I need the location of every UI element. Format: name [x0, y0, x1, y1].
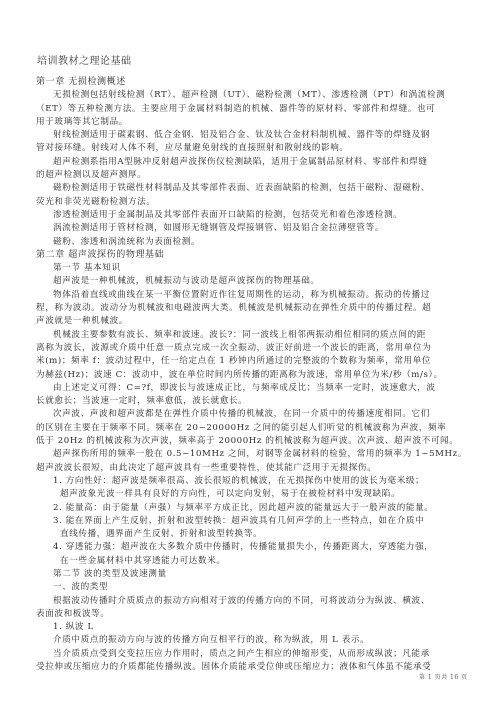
- text-line: 一、波的类型: [36, 581, 460, 594]
- text-line: 4. 穿透能力强：超声波在大多数介质中传播时，传播能量损失小，传播距离大，穿透能…: [36, 541, 460, 554]
- text-line: 超声探伤所用的频率一般在 0.5~10MHz 之间，对钢等金属材料的检验，常用的…: [36, 448, 460, 461]
- text-line: 磁粉、渗透和涡流统称为表面检测。: [36, 236, 460, 249]
- text-line: 表面波和板波等。: [36, 608, 460, 621]
- text-line: 的区别在主要在于频率不同。频率在 20~20000Hz 之间的能引起人们听觉的机…: [36, 422, 460, 435]
- section-heading: 第一章 无损检测概述: [36, 76, 460, 89]
- text-line: 当介质质点受到交变拉压应力作用时，质点之间产生相应的伸缩形变，从而形成纵波；凡能…: [36, 648, 460, 661]
- text-line: 涡流检测适用于管材检测，如圆形无缝钢管及焊接钢管、铝及铝合金拉薄壁管等。: [36, 222, 460, 235]
- document-page: 培训教材之理论基础 第一章 无损检测概述无损检测包括射线检测（RT）、超声检测（…: [0, 0, 496, 702]
- text-line: 1. 方向性好：超声波是频率很高、波长很短的机械波，在无损探伤中使用的波长为毫米…: [36, 475, 460, 488]
- text-line: 为赫兹(Hz)；波速 C：波动中，波在单位时间内所传播的距离称为波速，常用单位为…: [36, 369, 460, 382]
- text-line: 直线传播，遇界面产生反射、折射和波型转换等。: [36, 528, 460, 541]
- text-line: 第二节 波的类型及波速测量: [36, 568, 460, 581]
- text-line: 管对接环缝。射线对人体不利，应尽量避免射线的直接照射和散射线的影响。: [36, 142, 460, 155]
- text-line: 无损检测包括射线检测（RT）、超声检测（UT）、磁粉检测（MT）、渗透检测（PT…: [36, 89, 460, 102]
- text-line: 超声波是一种机械波，机械振动与波动是超声波探伤的物理基础。: [36, 275, 460, 288]
- text-line: 次声波、声波和超声波都是在弹性介质中传播的机械波，在同一介质中的传播速度相同。它…: [36, 408, 460, 421]
- text-line: 机械波主要参数有波长、频率和波速。波长?：同一波线上相邻两振动相位相同的质点间的…: [36, 329, 460, 342]
- document-title: 培训教材之理论基础: [37, 52, 132, 67]
- text-line: 超声波象光波一样具有良好的方向性，可以定向发射，易于在被检材料中发现缺陷。: [36, 488, 460, 501]
- text-line: 受拉伸或压缩应力的介质都能传播纵波。固体介质能承受位伸或压缩应力；液体和气体虽不…: [36, 661, 460, 674]
- page-number: 第 1 页共 16 页: [419, 672, 468, 681]
- text-line: 由上述定义可得：C=?f，即波长与波速成正比，与频率成反比；当频率一定时，波速愈…: [36, 382, 460, 395]
- text-line: 长就愈长；当波速一定时，频率愈低，波长就愈长。: [36, 395, 460, 408]
- text-line: 根据波动传播时介质质点的振动方向相对于波的传播方向的不同，可将波动分为纵波、横波…: [36, 595, 460, 608]
- text-line: 渗透检测适用于金属制品及其零部件表面开口缺陷的检测，包括荧光和着色渗透检测。: [36, 209, 460, 222]
- text-line: 磁粉检测适用于铁磁性材料制品及其零部件表面、近表面缺陷的检测，包括干磁粉、湿磁粉…: [36, 182, 460, 195]
- text-line: 荧光和非荧光磁粉检测方法。: [36, 196, 460, 209]
- text-line: （ET）等五种检测方法。主要应用于金属材料制造的机械、器件等的原材料、零部件和焊…: [36, 103, 460, 116]
- section-heading: 第二章 超声波探伤的物理基础: [36, 249, 460, 262]
- text-line: 物体沿着直线或曲线在某一平衡位置附近作往复周期性的运动，称为机械振动。振动的传播…: [36, 289, 460, 302]
- text-line: 用于玻璃等其它制品。: [36, 116, 460, 129]
- text-line: 第一节 基本知识: [36, 262, 460, 275]
- text-line: 程，称为波动。波动分为机械波和电磁波两大类。机械波是机械振动在弹性介质中的传播过…: [36, 302, 460, 315]
- text-line: 3. 能在界面上产生反射、折射和波型转换：超声波具有几何声学的上一些特点，如在介…: [36, 515, 460, 528]
- document-body: 第一章 无损检测概述无损检测包括射线检测（RT）、超声检测（UT）、磁粉检测（M…: [36, 76, 460, 674]
- text-line: 声波就是一种机械波。: [36, 315, 460, 328]
- text-line: 的超声检测以及超声测厚。: [36, 169, 460, 182]
- text-line: 介质中质点的振动方向与波的传播方向互相平行的波，称为纵波，用 L 表示。: [36, 634, 460, 647]
- text-line: 1. 纵波 L: [36, 621, 460, 634]
- text-line: 低于 20Hz 的机械波称为次声波，频率高于 20000Hz 的机械波称为超声波…: [36, 435, 460, 448]
- text-line: 离称为波长，波源或介质中任意一质点完成一次全振动，波正好前进一个波长的距离，常用…: [36, 342, 460, 355]
- text-line: 超声检测系指用A型脉冲反射超声波探伤仪检测缺陷，适用于金属制品原材料、零部件和焊…: [36, 156, 460, 169]
- text-line: 在一些金属材料中其穿透能力可达数米。: [36, 555, 460, 568]
- text-line: 2. 能量高：由于能量（声强）与频率平方成正比，因此超声波的能量远大于一般声波的…: [36, 502, 460, 515]
- text-line: 米(m)；频率 f：波动过程中，任一给定点在 1 秒钟内所通过的完整波的个数称为…: [36, 355, 460, 368]
- text-line: 射线检测适用于碳素钢、低合金钢、铝及铝合金、钛及钛合金材料制机械、器件等的焊缝及…: [36, 129, 460, 142]
- text-line: 超声波波长很短，由此决定了超声波具有一些重要特性，使其能广泛用于无损探伤。: [36, 462, 460, 475]
